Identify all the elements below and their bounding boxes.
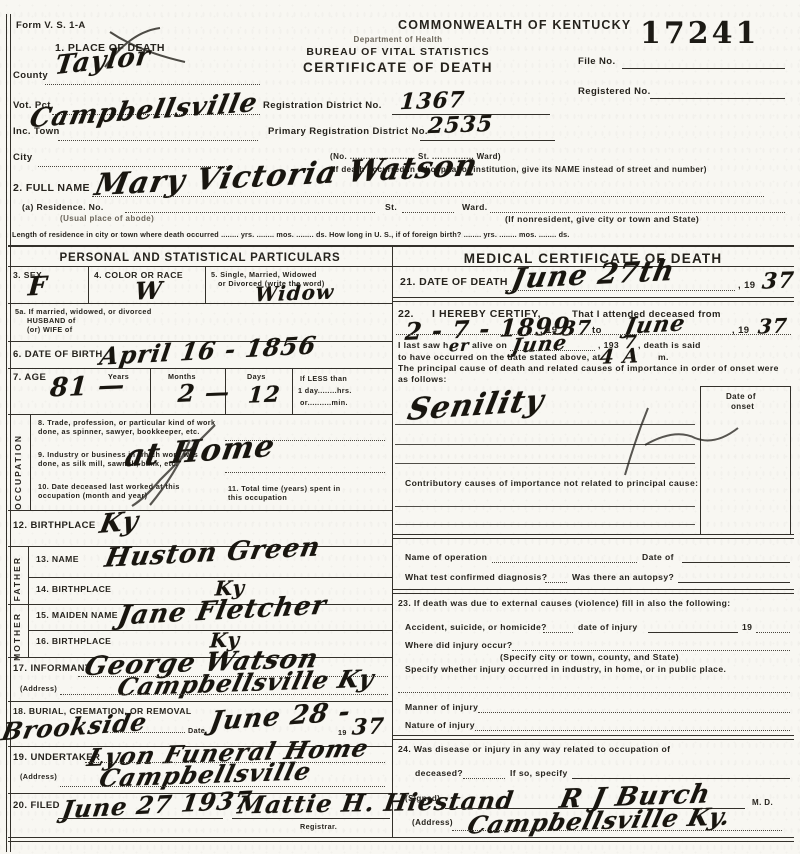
registrar-line	[232, 818, 390, 819]
personal-section-title: PERSONAL AND STATISTICAL PARTICULARS	[60, 252, 341, 264]
last-saw-label-1: I last saw h	[398, 340, 449, 350]
contributory-line	[395, 506, 695, 507]
county-line	[45, 84, 260, 85]
signed-label: (Signed)	[405, 794, 440, 803]
birthplace-label: 12. BIRTHPLACE	[13, 520, 96, 531]
primary-district-line	[420, 140, 555, 141]
nonresident-note: (If nonresident, give city or town and S…	[505, 214, 699, 224]
date-of-birth-label: 6. DATE OF BIRTH	[13, 349, 103, 360]
heavy-divider	[392, 589, 794, 594]
specify-where-label: Specify whether injury occurred in indus…	[405, 664, 790, 675]
age-years-label: Years	[108, 372, 129, 381]
father-side-label: FATHER	[12, 556, 22, 601]
injury-date-line	[648, 632, 738, 633]
cell-divider	[88, 266, 89, 303]
file-no-line	[622, 68, 785, 69]
last-saw-label-3: , death is said	[638, 340, 701, 350]
burial-date-value: June 28 -	[207, 697, 353, 737]
father-birthplace-label: 14. BIRTHPLACE	[36, 584, 111, 594]
row-line	[28, 577, 392, 578]
residence-ward-label: Ward.	[462, 202, 488, 212]
injury-date-label: date of injury	[578, 622, 638, 632]
operation-date-line	[682, 562, 790, 563]
heavy-divider	[392, 735, 794, 740]
manner-of-injury-label: Manner of injury	[405, 702, 478, 712]
cell-divider	[150, 368, 151, 414]
if-so-specify-line	[572, 778, 790, 779]
m-label: m.	[658, 352, 669, 362]
contributory-causes-label: Contributory causes of importance not re…	[405, 478, 705, 489]
primary-district-label: Primary Registration District No.	[268, 126, 428, 137]
age-months-value: 2 —	[177, 377, 231, 408]
age-less-label-3: or..........min.	[300, 398, 348, 407]
informant-address-label: (Address)	[20, 684, 57, 693]
accident-label: Accident, suicide, or homicide?	[405, 622, 547, 632]
occupation-strip-divider	[30, 414, 31, 510]
file-no-label: File No.	[578, 56, 616, 67]
form-number: Form V. S. 1-A	[16, 20, 86, 31]
registration-district-value: 1367	[399, 87, 466, 115]
nature-line	[475, 730, 790, 731]
death-certificate-scan: Form V. S. 1-A 1. PLACE OF DEATH COMMONW…	[0, 0, 800, 854]
father-strip-divider	[28, 546, 29, 604]
item-23-label: 23. If death was due to external causes …	[398, 598, 788, 609]
full-name-label: 2. FULL NAME	[13, 182, 90, 194]
item-24-label: 24. Was disease or injury in any way rel…	[398, 744, 670, 754]
full-name-line	[92, 196, 764, 197]
occ9-line	[225, 472, 385, 473]
color-race-value: W	[134, 275, 164, 305]
death-occurred-label: to have occurred on the date stated abov…	[398, 352, 601, 362]
where-injury-line	[512, 650, 790, 651]
age-label: 7. AGE	[13, 372, 46, 383]
if-so-specify-label: If so, specify	[510, 768, 568, 778]
injury-19-line	[756, 632, 790, 633]
operation-date-label: Date of	[642, 552, 674, 562]
row-line	[8, 303, 392, 304]
residence-line	[125, 212, 375, 213]
row-line	[8, 414, 392, 415]
occupation-side-label: OCCUPATION	[13, 434, 23, 510]
registrar-label: Registrar.	[300, 822, 337, 831]
header-bureau: BUREAU OF VITAL STATISTICS	[306, 46, 489, 58]
age-days-value: 12	[247, 381, 281, 408]
informant-address-line	[60, 694, 388, 695]
filed-line	[58, 818, 223, 819]
deceased-label: deceased?	[415, 768, 463, 778]
autopsy-label: Was there an autopsy?	[572, 572, 674, 582]
operation-line	[492, 562, 637, 563]
dod-19-printed: , 19	[738, 280, 755, 291]
spouse-label-3: (or) WIFE of	[27, 325, 73, 334]
mother-birthplace-label: 16. BIRTHPLACE	[36, 636, 111, 646]
age-less-label-1: If LESS than	[300, 374, 347, 383]
certify-line	[396, 334, 791, 335]
marital-label: 5. Single, Married, Widowed	[211, 270, 317, 279]
town-value-handwritten: Campbellsville	[27, 88, 261, 134]
informant-label: 17. INFORMANT	[13, 663, 91, 674]
physician-address-line	[452, 830, 782, 831]
deceased-line	[463, 778, 505, 779]
nature-of-injury-label: Nature of injury	[405, 720, 475, 730]
header-certificate-title: CERTIFICATE OF DEATH	[303, 60, 493, 75]
injury-19-label: 19	[742, 622, 752, 632]
registered-no-label: Registered No.	[578, 86, 651, 97]
onset-box-right	[790, 386, 791, 534]
dod-year-value: 37	[761, 267, 795, 294]
md-label: M. D.	[752, 798, 773, 807]
inc-town-line	[58, 140, 258, 141]
operation-label: Name of operation	[405, 552, 487, 562]
onset-box-top	[700, 386, 790, 387]
registration-district-label: Registration District No.	[263, 100, 382, 111]
accident-line	[543, 632, 573, 633]
row-line	[8, 266, 392, 267]
last-saw-label-2: alive on	[472, 340, 507, 350]
bottom-border	[8, 837, 794, 842]
primary-district-value: 2535	[427, 111, 494, 139]
residence-st-line	[402, 212, 454, 213]
where-injury-label: Where did injury occur?	[405, 640, 513, 650]
cell-divider	[205, 266, 206, 303]
residence-label: (a) Residence. No.	[22, 202, 104, 212]
last-saw-line	[510, 350, 595, 351]
header-department: Department of Health	[354, 35, 443, 44]
age-less-label-2: 1 day........hrs.	[298, 386, 352, 395]
birthplace-value: Ky	[97, 506, 141, 540]
spouse-label-1: 5a. If married, widowed, or divorced	[15, 307, 152, 316]
full-name-value: Mary Victoria Watson	[92, 148, 481, 203]
contributory-line	[395, 524, 695, 525]
residence-ward-line	[490, 212, 785, 213]
sex-value: F	[27, 272, 49, 303]
mother-maiden-name-value: Jane Fletcher	[115, 590, 329, 631]
father-name-label: 13. NAME	[36, 554, 79, 564]
mother-maiden-name-label: 15. MAIDEN NAME	[36, 610, 118, 620]
pen-scribble	[590, 400, 750, 480]
date-of-death-line	[505, 290, 735, 291]
date-of-death-label: 21. DATE OF DEATH	[400, 276, 508, 288]
test-line	[545, 582, 567, 583]
undertaker-address-label: (Address)	[20, 772, 57, 781]
burial-line	[110, 732, 185, 733]
burial-date-label: Date	[188, 726, 205, 735]
length-of-residence-line: Length of residence in city or town wher…	[12, 230, 570, 239]
age-days-label: Days	[247, 372, 266, 381]
pen-flourish	[120, 420, 240, 510]
specify-city-note: (Specify city or town, county, and State…	[500, 652, 679, 662]
test-label: What test confirmed diagnosis?	[405, 572, 547, 582]
registered-no-line	[650, 98, 785, 99]
abode-note: (Usual place of abode)	[60, 214, 154, 223]
cause-of-death-value: Senility	[404, 383, 547, 428]
heavy-divider	[392, 534, 794, 539]
row-line	[8, 510, 392, 511]
row-line	[8, 368, 392, 369]
column-divider	[392, 245, 393, 838]
mother-side-label: MOTHER	[12, 612, 22, 661]
physician-address-label: (Address)	[412, 818, 453, 827]
heavy-divider	[392, 297, 794, 302]
manner-line	[478, 712, 790, 713]
spacer-line	[398, 692, 790, 693]
filed-label: 20. FILED	[13, 800, 60, 811]
county-label: County	[13, 70, 48, 81]
date-of-birth-value: April 16 - 1856	[98, 330, 319, 371]
principal-cause-label: The principal cause of death and related…	[398, 363, 788, 384]
father-name-value: Huston Green	[102, 532, 323, 574]
city-label: City	[13, 152, 33, 163]
cell-divider	[292, 368, 293, 414]
header-commonwealth: COMMONWEALTH OF KENTUCKY	[398, 18, 631, 32]
spouse-label-2: HUSBAND of	[27, 316, 76, 325]
occupation-total-time-label: 11. Total time (years) spent in this occ…	[228, 484, 348, 502]
autopsy-line	[678, 582, 790, 583]
residence-st-label: St.	[385, 202, 397, 212]
certificate-stamp-number: 17241	[640, 16, 759, 51]
section-divider	[8, 245, 794, 247]
